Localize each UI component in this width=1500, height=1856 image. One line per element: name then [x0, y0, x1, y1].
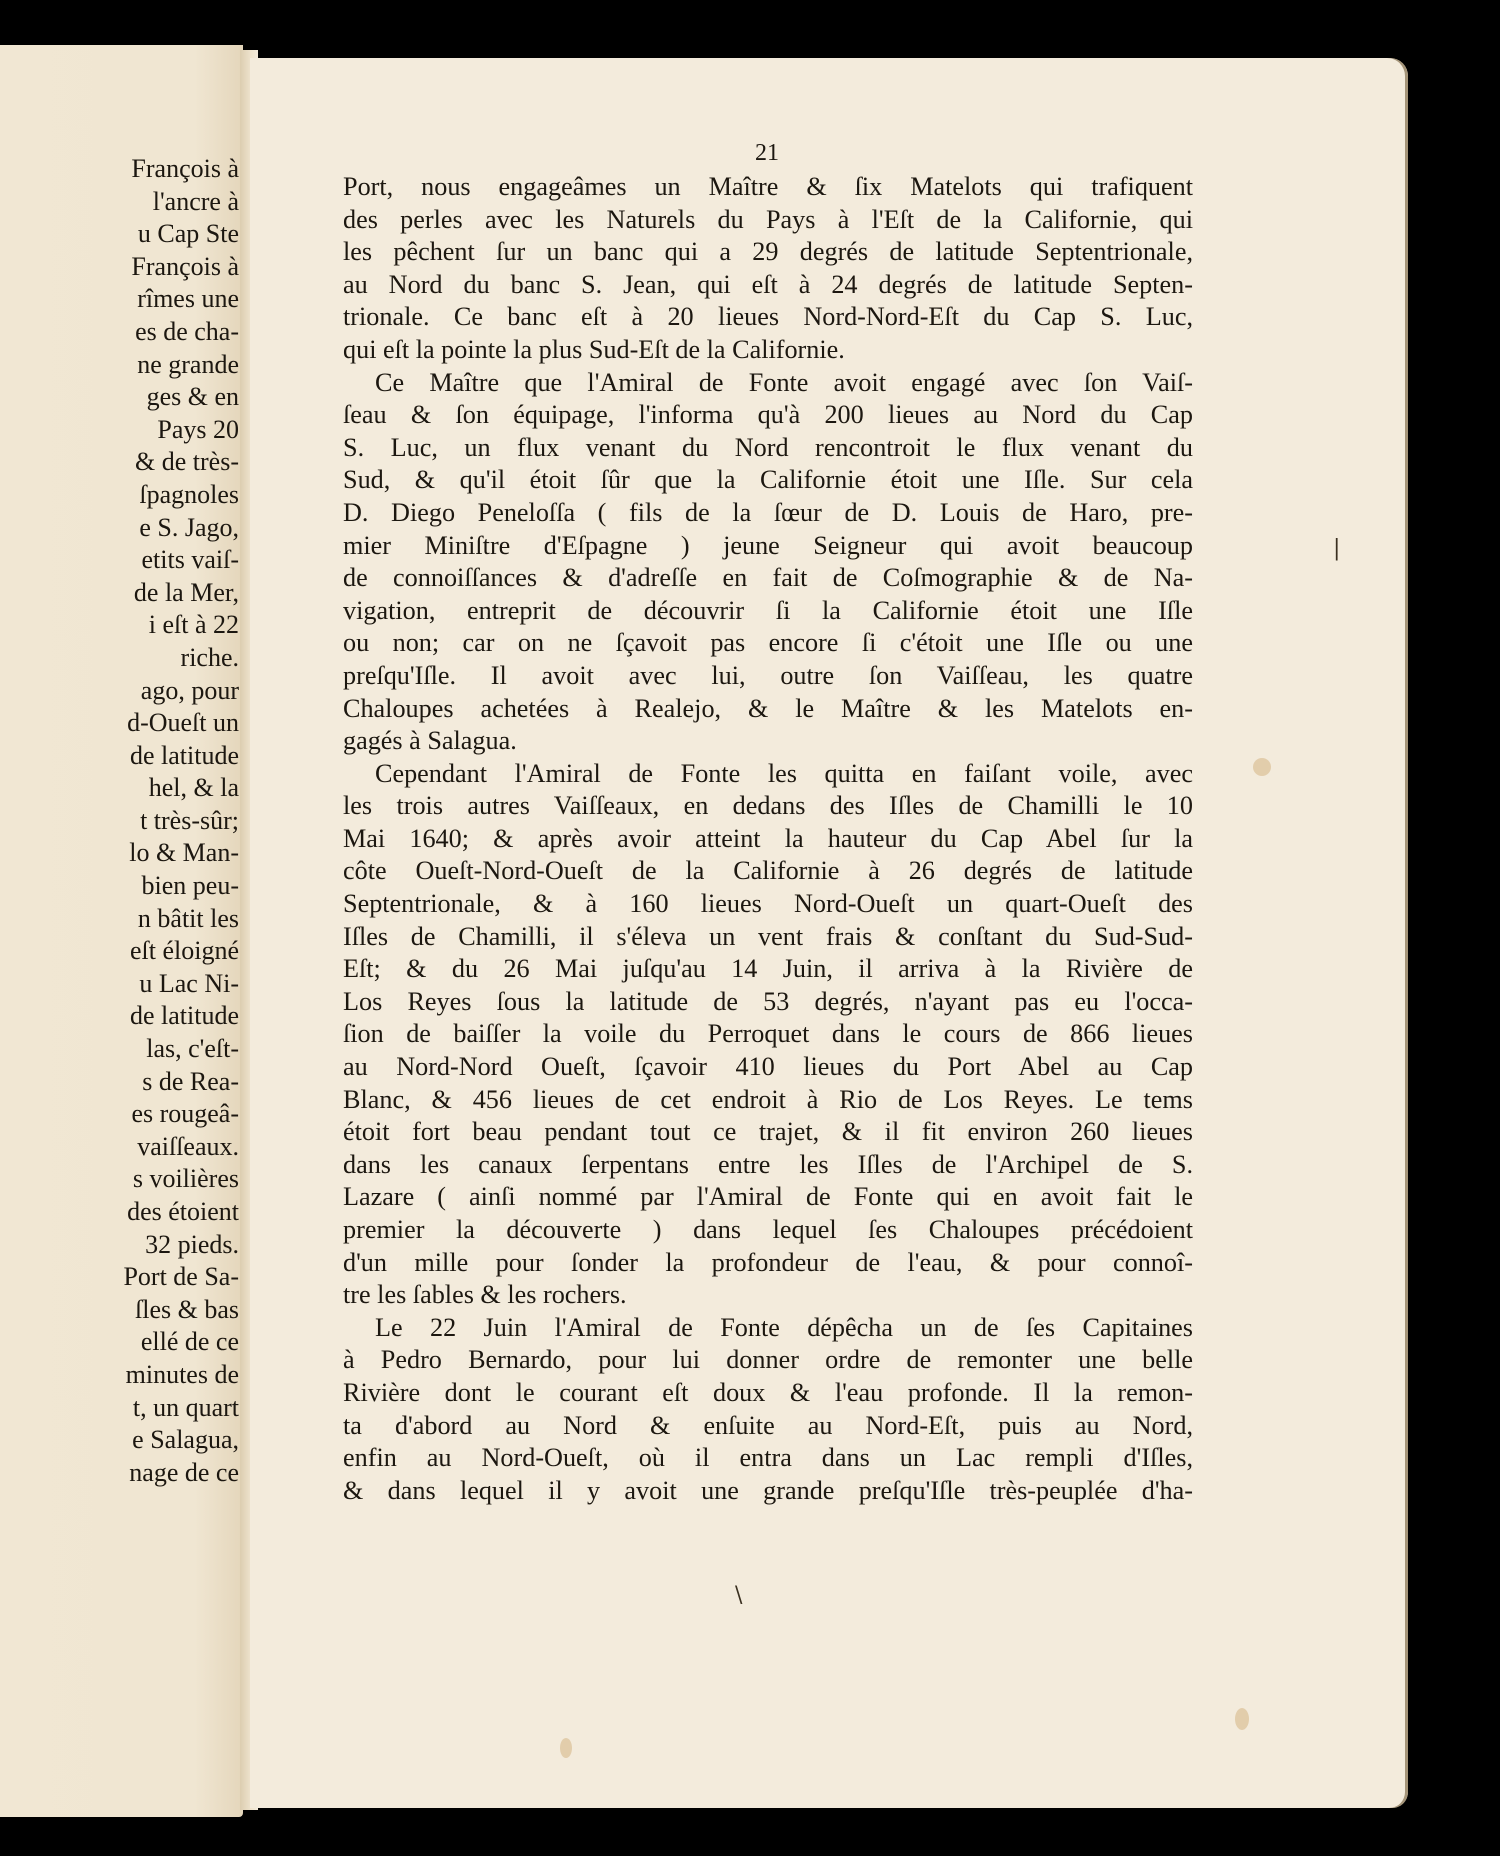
- text-line: les trois autres Vaiſſeaux, en dedans de…: [343, 790, 1193, 823]
- margin-mark: |: [1333, 536, 1340, 561]
- left-text-line: François à: [123, 153, 239, 186]
- left-text-line: 32 pieds.: [123, 1229, 239, 1262]
- text-line: Port, nous engageâmes un Maître & ſix Ma…: [343, 171, 1193, 204]
- text-line: enfin au Nord-Oueſt, où il entra dans un…: [343, 1442, 1193, 1475]
- left-text-line: Port de Sa-: [123, 1261, 239, 1294]
- stray-mark: \: [735, 1583, 742, 1608]
- text-line: qui eſt la pointe la plus Sud-Eſt de la …: [343, 334, 1193, 367]
- left-text-line: ges & en: [123, 381, 239, 414]
- left-text-line: es rougeâ-: [123, 1098, 239, 1131]
- text-line: ſion de baiſſer la voile du Perroquet da…: [343, 1018, 1193, 1051]
- text-line: premier la découverte ) dans lequel ſes …: [343, 1214, 1193, 1247]
- text-line: Lazare ( ainſi nommé par l'Amiral de Fon…: [343, 1181, 1193, 1214]
- left-text-line: ſpagnoles: [123, 479, 239, 512]
- left-text-line: t très-sûr;: [123, 805, 239, 838]
- left-text-line: François à: [123, 251, 239, 284]
- text-line: S. Luc, un flux venant du Nord rencontro…: [343, 432, 1193, 465]
- text-line: tre les ſables & les rochers.: [343, 1279, 1193, 1312]
- foxing-stain: [1235, 1708, 1249, 1730]
- text-line: & dans lequel il y avoit une grande preſ…: [343, 1475, 1193, 1508]
- text-line: Septentrionale, & à 160 lieues Nord-Oueſ…: [343, 888, 1193, 921]
- left-text-line: n bâtit les: [123, 903, 239, 936]
- page-body-text: Port, nous engageâmes un Maître & ſix Ma…: [343, 171, 1193, 1507]
- left-text-line: es de cha-: [123, 316, 239, 349]
- text-line: preſqu'Iſle. Il avoit avec lui, outre ſo…: [343, 660, 1193, 693]
- left-text-line: e S. Jago,: [123, 512, 239, 545]
- text-line: de connoiſſances & d'adreſſe en fait de …: [343, 562, 1193, 595]
- left-text-line: s de Rea-: [123, 1066, 239, 1099]
- left-text-line: las, c'eſt-: [123, 1033, 239, 1066]
- left-text-line: Pays 20: [123, 414, 239, 447]
- left-page-fragment: François àl'ancre àu Cap SteFrançois àrî…: [0, 45, 243, 1817]
- page-number: 21: [755, 140, 779, 167]
- text-line: trionale. Ce banc eſt à 20 lieues Nord-N…: [343, 301, 1193, 334]
- text-line: Sud, & qu'il étoit ſûr que la Californie…: [343, 464, 1193, 497]
- left-text-line: i eſt à 22: [123, 609, 239, 642]
- text-line: Blanc, & 456 lieues de cet endroit à Rio…: [343, 1084, 1193, 1117]
- left-page-text: François àl'ancre àu Cap SteFrançois àrî…: [123, 153, 239, 1489]
- text-line: à Pedro Bernardo, pour lui donner ordre …: [343, 1344, 1193, 1377]
- left-text-line: nage de ce: [123, 1457, 239, 1490]
- text-line: Iſles de Chamilli, il s'éleva un vent fr…: [343, 921, 1193, 954]
- text-line: mier Miniſtre d'Eſpagne ) jeune Seigneur…: [343, 530, 1193, 563]
- text-line: au Nord du banc S. Jean, qui eſt à 24 de…: [343, 269, 1193, 302]
- text-line: Le 22 Juin l'Amiral de Fonte dépêcha un …: [343, 1312, 1193, 1345]
- left-text-line: ſles & bas: [123, 1294, 239, 1327]
- text-line: ta d'abord au Nord & enſuite au Nord-Eſt…: [343, 1410, 1193, 1443]
- text-line: vigation, entreprit de découvrir ſi la C…: [343, 595, 1193, 628]
- left-text-line: bien peu-: [123, 870, 239, 903]
- left-text-line: eſt éloigné: [123, 935, 239, 968]
- text-line: côte Oueſt-Nord-Oueſt de la Californie à…: [343, 855, 1193, 888]
- text-line: Cependant l'Amiral de Fonte les quitta e…: [343, 758, 1193, 791]
- left-text-line: de latitude: [123, 1000, 239, 1033]
- text-line: les pêchent ſur un banc qui a 29 degrés …: [343, 236, 1193, 269]
- text-line: ou non; car on ne ſçavoit pas encore ſi …: [343, 627, 1193, 660]
- left-text-line: de la Mer,: [123, 577, 239, 610]
- text-line: Chaloupes achetées à Realejo, & le Maîtr…: [343, 693, 1193, 726]
- text-line: ſeau & ſon équipage, l'informa qu'à 200 …: [343, 399, 1193, 432]
- left-text-line: s voilières: [123, 1163, 239, 1196]
- left-text-line: l'ancre à: [123, 186, 239, 219]
- text-line: étoit fort beau pendant tout ce trajet, …: [343, 1116, 1193, 1149]
- left-text-line: u Cap Ste: [123, 218, 239, 251]
- left-text-line: ellé de ce: [123, 1326, 239, 1359]
- text-line: Rivière dont le courant eſt doux & l'eau…: [343, 1377, 1193, 1410]
- left-text-line: u Lac Ni-: [123, 968, 239, 1001]
- foxing-stain: [1253, 758, 1271, 776]
- left-text-line: t, un quart: [123, 1392, 239, 1425]
- text-line: Los Reyes ſous la latitude de 53 degrés,…: [343, 986, 1193, 1019]
- right-page: 21 Port, nous engageâmes un Maître & ſix…: [250, 58, 1408, 1808]
- text-line: Ce Maître que l'Amiral de Fonte avoit en…: [343, 367, 1193, 400]
- text-line: Eſt; & du 26 Mai juſqu'au 14 Juin, il ar…: [343, 953, 1193, 986]
- left-text-line: des étoient: [123, 1196, 239, 1229]
- left-text-line: & de très-: [123, 446, 239, 479]
- text-line: au Nord-Nord Oueſt, ſçavoir 410 lieues d…: [343, 1051, 1193, 1084]
- text-line: gagés à Salagua.: [343, 725, 1193, 758]
- left-text-line: etits vaiſ-: [123, 544, 239, 577]
- text-line: D. Diego Peneloſſa ( fils de la ſœur de …: [343, 497, 1193, 530]
- left-text-line: minutes de: [123, 1359, 239, 1392]
- foxing-stain: [560, 1738, 572, 1758]
- left-text-line: riche.: [123, 642, 239, 675]
- text-line: dans les canaux ſerpentans entre les Iſl…: [343, 1149, 1193, 1182]
- left-text-line: lo & Man-: [123, 837, 239, 870]
- left-text-line: d-Oueſt un: [123, 707, 239, 740]
- text-line: des perles avec les Naturels du Pays à l…: [343, 204, 1193, 237]
- left-text-line: hel, & la: [123, 772, 239, 805]
- left-text-line: rîmes une: [123, 283, 239, 316]
- left-text-line: vaiſſeaux.: [123, 1131, 239, 1164]
- text-line: Mai 1640; & après avoir atteint la haute…: [343, 823, 1193, 856]
- left-text-line: ago, pour: [123, 675, 239, 708]
- text-line: d'un mille pour ſonder la profondeur de …: [343, 1247, 1193, 1280]
- left-text-line: de latitude: [123, 740, 239, 773]
- left-text-line: ne grande: [123, 349, 239, 382]
- left-text-line: e Salagua,: [123, 1424, 239, 1457]
